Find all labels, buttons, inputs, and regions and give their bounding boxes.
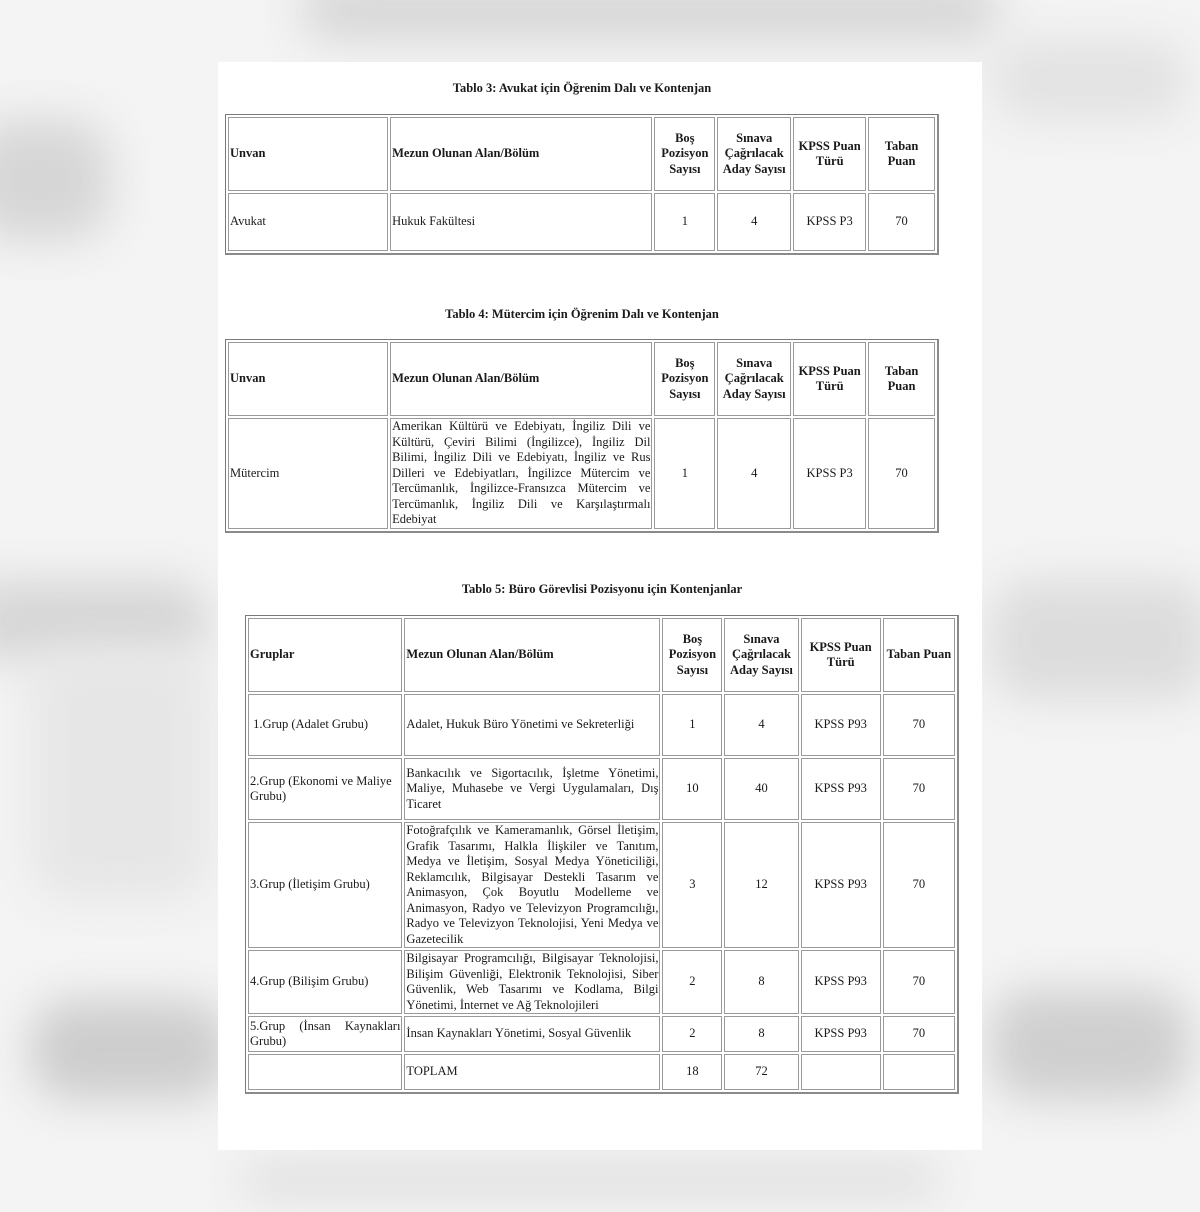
header-mezun: Mezun Olunan Alan/Bölüm [390, 342, 652, 416]
background-blur [0, 120, 110, 240]
cell-mezun: Hukuk Fakültesi [390, 193, 652, 251]
table-row: 1.Grup (Adalet Grubu) Adalet, Hukuk Büro… [248, 694, 955, 756]
header-gruplar: Gruplar [248, 618, 402, 692]
header-unvan: Unvan [228, 342, 388, 416]
header-kpss-puan-turu: KPSS Puan Türü [801, 618, 881, 692]
cell-taban-puan: 70 [883, 1016, 955, 1052]
table-3-title: Tablo 3: Avukat için Öğrenim Dalı ve Kon… [226, 81, 938, 96]
cell-grup: 2.Grup (Ekonomi ve Maliye Grubu) [248, 758, 402, 820]
cell-mezun: İnsan Kaynakları Yönetimi, Sosyal Güvenl… [404, 1016, 660, 1052]
cell-aday-sayisi: 4 [717, 418, 791, 529]
header-kpss-puan-turu: KPSS Puan Türü [793, 342, 866, 416]
cell-taban-puan: 70 [883, 694, 955, 756]
table-row: 5.Grup (İnsan Kaynakları Grubu) İnsan Ka… [248, 1016, 955, 1052]
total-row: TOPLAM 18 72 [248, 1054, 955, 1090]
cell-taban-puan: 70 [868, 193, 935, 251]
cell-puan-turu: KPSS P93 [801, 758, 881, 820]
cell-puan-turu: KPSS P3 [793, 193, 866, 251]
cell-bos-pozisyon: 10 [662, 758, 722, 820]
cell-mezun: Amerikan Kültürü ve Edebiyatı, İngiliz D… [390, 418, 652, 529]
header-sinava-cagrilacak: Sınava Çağrılacak Aday Sayısı [724, 618, 798, 692]
header-kpss-puan-turu: KPSS Puan Türü [793, 117, 866, 191]
table-row: Mütercim Amerikan Kültürü ve Edebiyatı, … [228, 418, 935, 529]
cell-grup: 1.Grup (Adalet Grubu) [248, 694, 402, 756]
background-blur [0, 580, 210, 660]
table-5: Gruplar Mezun Olunan Alan/Bölüm Boş Pozi… [245, 615, 959, 1094]
background-blur [240, 1160, 940, 1200]
header-bos-pozisyon: Boş Pozisyon Sayısı [662, 618, 722, 692]
table-4: Unvan Mezun Olunan Alan/Bölüm Boş Pozisy… [225, 339, 939, 533]
cell-unvan: Mütercim [228, 418, 388, 529]
table-3: Unvan Mezun Olunan Alan/Bölüm Boş Pozisy… [225, 114, 939, 255]
header-unvan: Unvan [228, 117, 388, 191]
cell-bos-pozisyon: 3 [662, 822, 722, 948]
header-mezun: Mezun Olunan Alan/Bölüm [404, 618, 660, 692]
cell-bos-pozisyon: 1 [654, 193, 715, 251]
header-taban-puan: Taban Puan [883, 618, 955, 692]
cell-aday-sayisi: 4 [724, 694, 798, 756]
cell-puan-turu: KPSS P93 [801, 822, 881, 948]
cell-taban-puan: 70 [883, 822, 955, 948]
table-4-title: Tablo 4: Mütercim için Öğrenim Dalı ve K… [226, 307, 938, 322]
header-taban-puan: Taban Puan [868, 117, 935, 191]
cell-aday-sayisi: 8 [724, 950, 798, 1014]
cell-mezun: Bilgisayar Programcılığı, Bilgisayar Tek… [404, 950, 660, 1014]
cell-unvan: Avukat [228, 193, 388, 251]
cell-puan-turu: KPSS P93 [801, 694, 881, 756]
background-blur [990, 580, 1200, 700]
cell-taban-puan [883, 1054, 955, 1090]
cell-grup: 5.Grup (İnsan Kaynakları Grubu) [248, 1016, 402, 1052]
header-sinava-cagrilacak: Sınava Çağrılacak Aday Sayısı [717, 117, 791, 191]
cell-toplam-aday-sayisi: 72 [724, 1054, 798, 1090]
cell-grup: 4.Grup (Bilişim Grubu) [248, 950, 402, 1014]
cell-puan-turu: KPSS P3 [793, 418, 866, 529]
background-blur [30, 1000, 230, 1100]
table-row: 2.Grup (Ekonomi ve Maliye Grubu) Bankacı… [248, 758, 955, 820]
cell-bos-pozisyon: 2 [662, 950, 722, 1014]
background-blur [990, 990, 1190, 1100]
cell-taban-puan: 70 [883, 758, 955, 820]
cell-mezun: Adalet, Hukuk Büro Yönetimi ve Sekreterl… [404, 694, 660, 756]
background-blur [300, 0, 1000, 40]
cell-toplam-bos-pozisyon: 18 [662, 1054, 722, 1090]
cell-aday-sayisi: 40 [724, 758, 798, 820]
cell-bos-pozisyon: 1 [662, 694, 722, 756]
cell-taban-puan: 70 [883, 950, 955, 1014]
table-row: 3.Grup (İletişim Grubu) Fotoğrafçılık ve… [248, 822, 955, 948]
cell-puan-turu: KPSS P93 [801, 1016, 881, 1052]
cell-aday-sayisi: 4 [717, 193, 791, 251]
cell-grup [248, 1054, 402, 1090]
cell-puan-turu [801, 1054, 881, 1090]
cell-mezun: Fotoğrafçılık ve Kameramanlık, Görsel İl… [404, 822, 660, 948]
header-sinava-cagrilacak: Sınava Çağrılacak Aday Sayısı [717, 342, 791, 416]
cell-toplam-label: TOPLAM [404, 1054, 660, 1090]
table-row: 4.Grup (Bilişim Grubu) Bilgisayar Progra… [248, 950, 955, 1014]
background-blur [990, 40, 1190, 120]
cell-taban-puan: 70 [868, 418, 935, 529]
header-bos-pozisyon: Boş Pozisyon Sayısı [654, 117, 715, 191]
cell-aday-sayisi: 12 [724, 822, 798, 948]
cell-puan-turu: KPSS P93 [801, 950, 881, 1014]
cell-bos-pozisyon: 2 [662, 1016, 722, 1052]
background-blur [30, 650, 210, 900]
cell-bos-pozisyon: 1 [654, 418, 715, 529]
header-taban-puan: Taban Puan [868, 342, 935, 416]
cell-grup: 3.Grup (İletişim Grubu) [248, 822, 402, 948]
cell-aday-sayisi: 8 [724, 1016, 798, 1052]
header-bos-pozisyon: Boş Pozisyon Sayısı [654, 342, 715, 416]
table-5-title: Tablo 5: Büro Görevlisi Pozisyonu için K… [246, 582, 958, 597]
header-mezun: Mezun Olunan Alan/Bölüm [390, 117, 652, 191]
table-row: Avukat Hukuk Fakültesi 1 4 KPSS P3 70 [228, 193, 935, 251]
cell-mezun: Bankacılık ve Sigortacılık, İşletme Yöne… [404, 758, 660, 820]
